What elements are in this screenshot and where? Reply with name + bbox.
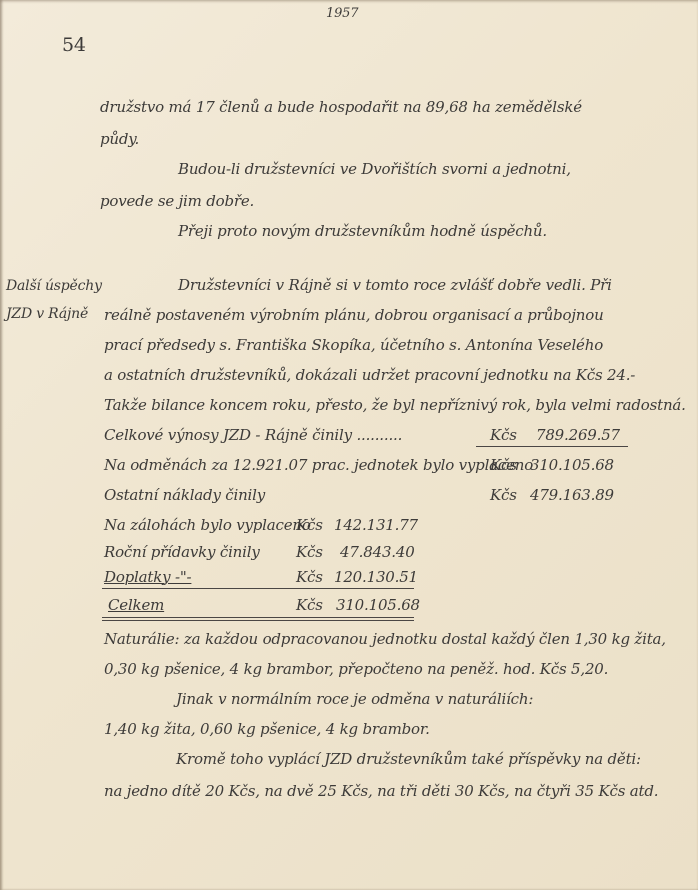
naturalia-line: na jedno dítě 20 Kčs, na dvě 25 Kčs, na … — [104, 782, 658, 800]
page-number: 54 — [62, 34, 86, 56]
breakdown-currency: Kčs — [296, 543, 323, 561]
paragraph-line: Přeji proto novým družstevníkům hodně ús… — [178, 222, 547, 240]
section-line: Družstevníci v Rájně si v tomto roce zvl… — [178, 276, 612, 294]
grand-total-amount: 310.105.68 — [336, 596, 420, 614]
margin-note-line: Další úspěchy — [6, 278, 102, 294]
naturalia-line: Naturálie: za každou odpracovanou jednot… — [104, 630, 666, 648]
margin-note-line: JZD v Rájně — [6, 306, 88, 322]
year-header: 1957 — [326, 6, 358, 21]
paid-wages-currency: Kčs — [490, 456, 517, 474]
breakdown-label: Doplatky -"- — [104, 568, 191, 586]
section-line: prací předsedy s. Františka Skopíka, úče… — [104, 336, 603, 354]
section-line: reálně postaveném výrobním plánu, dobrou… — [104, 306, 604, 324]
paragraph-line: Budou-li družstevníci ve Dvořištích svor… — [178, 160, 571, 178]
other-costs-currency: Kčs — [490, 486, 517, 504]
chronicle-page: 1957 54 družstvo má 17 členů a bude hosp… — [0, 0, 698, 890]
grand-total-label: Celkem — [108, 596, 164, 614]
naturalia-line: Jinak v normálním roce je odměna v natur… — [176, 690, 533, 708]
naturalia-line: Kromě toho vyplácí JZD družstevníkům tak… — [176, 750, 641, 768]
sum-rule — [102, 588, 414, 589]
naturalia-line: 1,40 kg žita, 0,60 kg pšenice, 4 kg bram… — [104, 720, 430, 738]
total-income-currency: Kčs — [490, 426, 517, 444]
breakdown-amount: 47.843.40 — [340, 543, 415, 561]
paragraph-line: družstvo má 17 členů a bude hospodařit n… — [100, 98, 582, 116]
paragraph-line: povede se jim dobře. — [100, 192, 254, 210]
breakdown-label: Roční přídavky činily — [104, 543, 260, 561]
paid-wages-amount: 310.105.68 — [530, 456, 614, 474]
breakdown-currency: Kčs — [296, 516, 323, 534]
breakdown-currency: Kčs — [296, 568, 323, 586]
breakdown-label: Na zálohách bylo vyplaceno — [104, 516, 311, 534]
naturalia-line: 0,30 kg pšenice, 4 kg brambor, přepočten… — [104, 660, 608, 678]
section-line: Takže bilance koncem roku, přesto, že by… — [104, 396, 686, 414]
breakdown-amount: 120.130.51 — [334, 568, 418, 586]
other-costs-amount: 479.163.89 — [530, 486, 614, 504]
underline — [476, 446, 628, 447]
other-costs-label: Ostatní náklady činily — [104, 486, 265, 504]
total-income-label: Celkové výnosy JZD - Rájně činily ......… — [104, 426, 402, 444]
double-rule-top — [102, 617, 414, 618]
paid-wages-label: Na odměnách za 12.921.07 prac. jednotek … — [104, 456, 533, 474]
double-rule-bottom — [102, 620, 414, 621]
section-line: a ostatních družstevníků, dokázali udrže… — [104, 366, 635, 384]
breakdown-amount: 142.131.77 — [334, 516, 418, 534]
grand-total-currency: Kčs — [296, 596, 323, 614]
total-income-amount: 789.269.57 — [536, 426, 620, 444]
paragraph-line: půdy. — [100, 130, 139, 148]
